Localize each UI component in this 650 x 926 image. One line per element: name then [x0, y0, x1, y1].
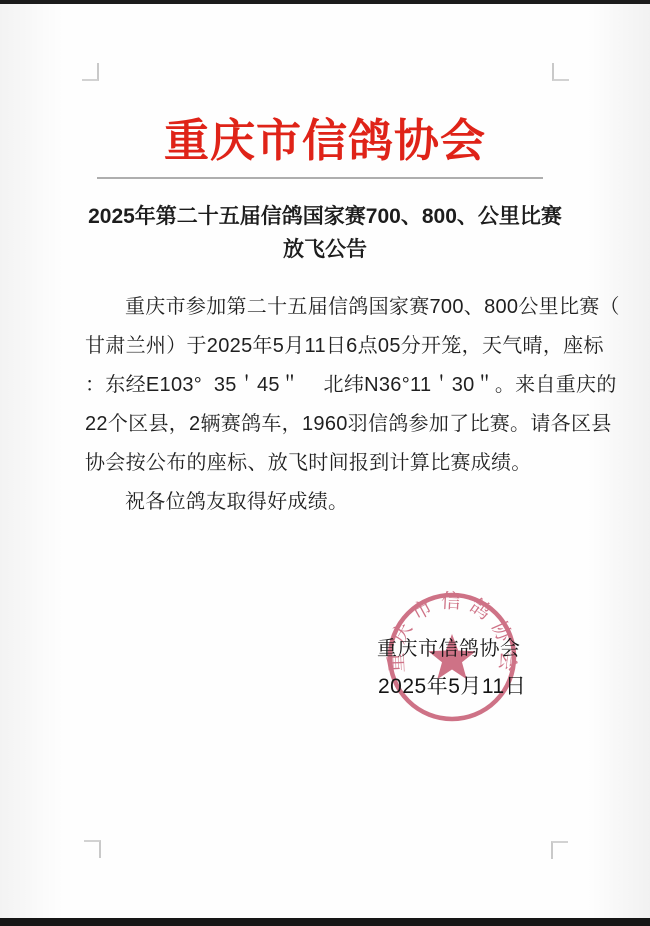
title-divider-line: [97, 177, 543, 179]
body-line: ：东经E103° 35＇45＂ 北纬N36°11＇30＂。来自重庆的: [85, 366, 567, 405]
announcement-title-line2: 放飞公告: [40, 233, 610, 266]
document-page: 重庆市信鸽协会 2025年第二十五届信鸽国家赛700、800、公里比赛 放飞公告…: [0, 0, 650, 926]
corner-mark-bottom-left: [84, 840, 101, 858]
organization-title: 重庆市信鸽协会: [0, 104, 650, 169]
corner-mark-top-right: [552, 63, 569, 81]
body-line: 甘肃兰州）于2025年5月11日6点05分开笼，天气晴，座标: [85, 327, 567, 366]
announcement-title-line1: 2025年第二十五届信鸽国家赛700、800、公里比赛: [40, 200, 610, 233]
body-line: 22个区县，2辆赛鸽车，1960羽信鸽参加了比赛。请各区县: [85, 405, 567, 444]
corner-mark-bottom-right: [551, 841, 568, 859]
bottom-letterbox-strip: [0, 918, 650, 926]
top-letterbox-strip: [0, 0, 650, 4]
body-line: 重庆市参加第二十五届信鸽国家赛700、800公里比赛（: [85, 288, 567, 327]
announcement-body: 重庆市参加第二十五届信鸽国家赛700、800公里比赛（ 甘肃兰州）于2025年5…: [85, 288, 567, 522]
corner-mark-top-left: [82, 63, 99, 81]
body-line: 协会按公布的座标、放飞时间报到计算比赛成绩。: [85, 444, 567, 483]
signature-date: 2025年5月11日: [378, 670, 526, 700]
body-line: 祝各位鸽友取得好成绩。: [85, 483, 567, 522]
announcement-title: 2025年第二十五届信鸽国家赛700、800、公里比赛 放飞公告: [40, 200, 610, 266]
signature-organization: 重庆市信鸽协会: [377, 632, 521, 661]
